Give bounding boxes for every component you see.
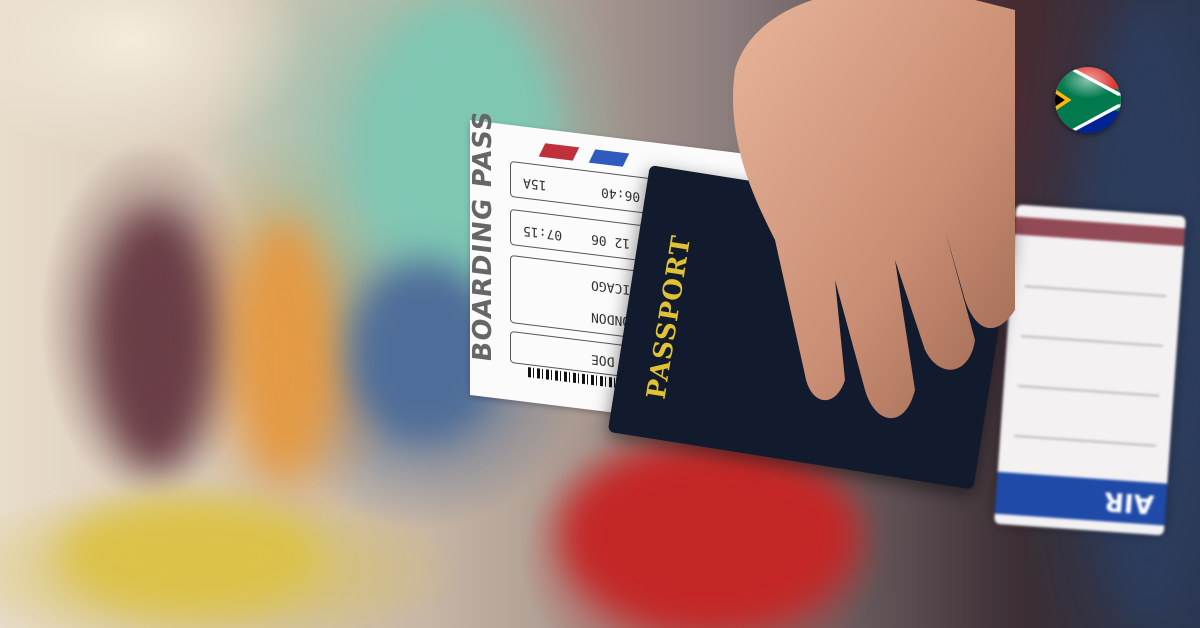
hand [715,0,1015,440]
airline-band: AIR [995,472,1168,526]
yellow-floor-line [60,500,320,610]
boarding-pass-title: BOARDING PASS [468,109,498,364]
passport-title: PASSPORT [642,233,698,401]
second-boarding-pass: AIR [994,204,1186,535]
date-value: 12 06 [591,231,630,251]
blue-stripe [589,149,630,166]
ticket-line [1025,285,1167,297]
ticket-line [1018,385,1160,397]
seat-value: 15A [523,175,546,193]
ticket-line [1021,335,1163,347]
ticket-line [1014,435,1156,447]
south-africa-flag-icon [1055,67,1121,133]
boarding-time-value: 06:40 [601,184,640,204]
time-value: 07:15 [523,223,562,243]
ticket-band [1014,216,1185,246]
red-stripe [539,143,580,160]
blurred-person [240,220,330,480]
blurred-person [100,210,210,470]
red-luggage [560,440,860,628]
badge-gloss [1055,67,1121,133]
